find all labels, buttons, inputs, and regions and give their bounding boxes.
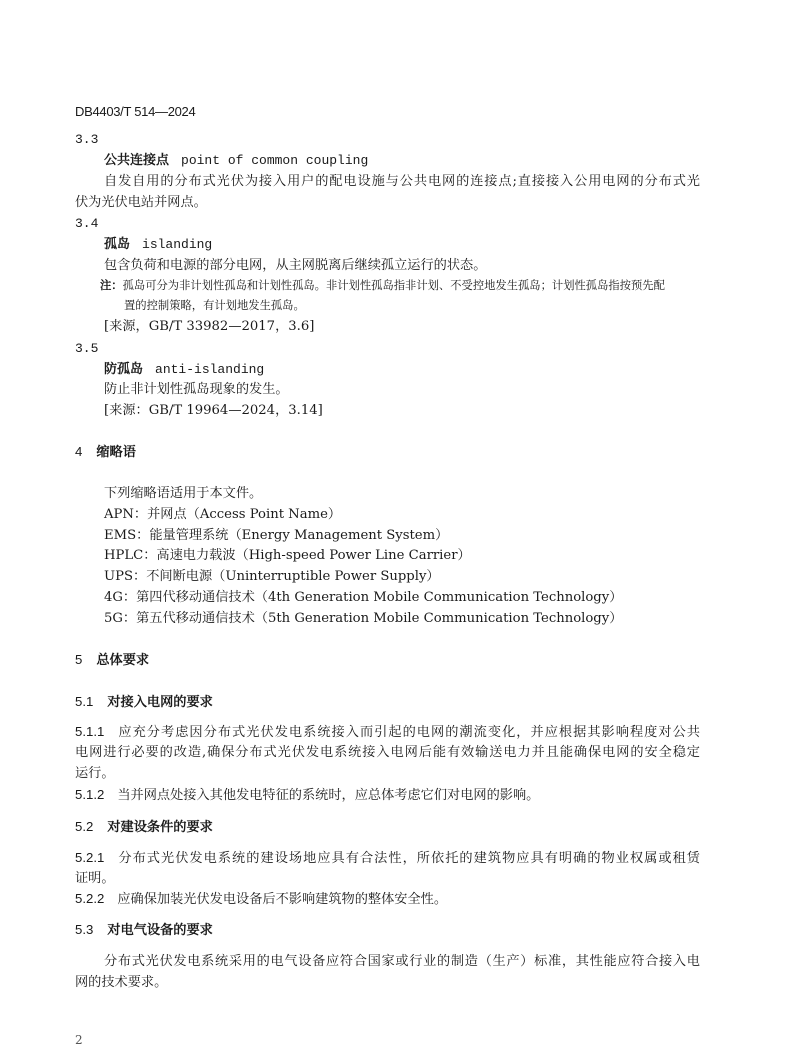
subsection-title: 对接入电网的要求 [107,695,213,710]
abbreviation-item: 5G：第五代移动通信技术（5th Generation Mobile Commu… [104,611,622,627]
clause: 5.1.2当并网点处接入其他发电特征的系统时，应总体考虑它们对电网的影响。 [75,787,539,804]
clause-number: 5.1.2 [75,787,104,802]
abbreviation-item: APN：并网点（Access Point Name） [104,507,341,523]
term-heading: 公共连接点point of common coupling [104,153,368,169]
abbreviation-item: 4G：第四代移动通信技术（4th Generation Mobile Commu… [104,590,622,606]
term-note: 注：孤岛可分为非计划性孤岛和计划性孤岛。非计划性孤岛指非计划、不受控地发生孤岛；… [100,278,665,294]
term-definition: 包含负荷和电源的部分电网，从主网脱离后继续孤立运行的状态。 [104,258,486,274]
subsection-heading: 5.1对接入电网的要求 [75,694,213,711]
term-note-continued: 置的控制策略，有计划地发生孤岛。 [124,298,305,314]
term-source: [来源，GB/T 33982—2017，3.6] [104,319,314,335]
abbreviation-item: UPS：不间断电源（Uninterruptible Power Supply） [104,569,440,585]
subsection-number: 5.1 [75,694,93,709]
abbreviation-item: HPLC：高速电力载波（High-speed Power Line Carrie… [104,548,471,564]
section-title: 总体要求 [96,653,149,668]
subsection-title: 对电气设备的要求 [107,923,213,938]
term-definition: 防止非计划性孤岛现象的发生。 [104,382,289,398]
subsection-heading: 5.2对建设条件的要求 [75,819,213,836]
paragraph: 分布式光伏发电系统采用的电气设备应符合国家或行业的制造（生产）标准，其性能应符合… [104,954,700,970]
term-zh: 公共连接点 [104,153,169,168]
section-number: 4 [75,444,82,459]
note-text: 孤岛可分为非计划性孤岛和计划性孤岛。非计划性孤岛指非计划、不受控地发生孤岛；计划… [123,279,665,292]
clause-text: 当并网点处接入其他发电特征的系统时，应总体考虑它们对电网的影响。 [117,788,539,803]
term-number: 3.3 [75,132,98,148]
term-en: anti-islanding [155,362,264,377]
section-title: 缩略语 [96,445,136,460]
paragraph-continued: 网的技术要求。 [75,975,167,991]
clause-number: 5.2.2 [75,891,104,906]
section-heading: 4缩略语 [75,444,136,461]
clause: 5.2.1分布式光伏发电系统的建设场地应具有合法性，所依托的建筑物应具有明确的物… [75,850,700,867]
clause: 5.2.2应确保加装光伏发电设备后不影响建筑物的整体安全性。 [75,891,447,908]
clause-text-continued: 电网进行必要的改造,确保分布式光伏发电系统接入电网后能有效输送电力并且能确保电网… [75,745,700,761]
clause-number: 5.1.1 [75,724,104,739]
term-source: [来源：GB/T 19964—2024，3.14] [104,403,323,419]
term-heading: 防孤岛anti-islanding [104,362,264,378]
term-en: point of common coupling [181,153,368,168]
term-zh: 防孤岛 [104,362,143,377]
clause-text: 应充分考虑因分布式光伏发电系统接入而引起的电网的潮流变化，并应根据其影响程度对公… [117,725,700,740]
term-definition: 伏为光伏电站并网点。 [75,195,207,211]
term-definition: 自发自用的分布式光伏为接入用户的配电设施与公共电网的连接点;直接接入公用电网的分… [104,174,700,190]
term-en: islanding [142,237,212,252]
document-page: DB4403/T 514—2024 3.3 公共连接点point of comm… [0,0,794,1063]
standard-id: DB4403/T 514—2024 [75,104,195,120]
subsection-number: 5.3 [75,922,93,937]
term-heading: 孤岛islanding [104,237,212,253]
section-heading: 5总体要求 [75,652,149,669]
term-number: 3.4 [75,216,98,232]
term-number: 3.5 [75,341,98,357]
clause-text: 分布式光伏发电系统的建设场地应具有合法性，所依托的建筑物应具有明确的物业权属或租… [117,851,700,866]
clause-number: 5.2.1 [75,850,104,865]
subsection-heading: 5.3对电气设备的要求 [75,922,213,939]
note-label: 注： [100,279,123,292]
subsection-title: 对建设条件的要求 [107,820,213,835]
clause-text: 应确保加装光伏发电设备后不影响建筑物的整体安全性。 [117,892,447,907]
term-zh: 孤岛 [104,237,130,252]
clause-text-continued: 证明。 [75,871,115,887]
abbreviation-item: EMS：能量管理系统（Energy Management System） [104,528,448,544]
clause-text-continued: 运行。 [75,766,115,782]
page-number: 2 [75,1032,83,1048]
subsection-number: 5.2 [75,819,93,834]
section-number: 5 [75,652,82,667]
section-intro: 下列缩略语适用于本文件。 [104,486,262,502]
clause: 5.1.1应充分考虑因分布式光伏发电系统接入而引起的电网的潮流变化，并应根据其影… [75,724,700,741]
